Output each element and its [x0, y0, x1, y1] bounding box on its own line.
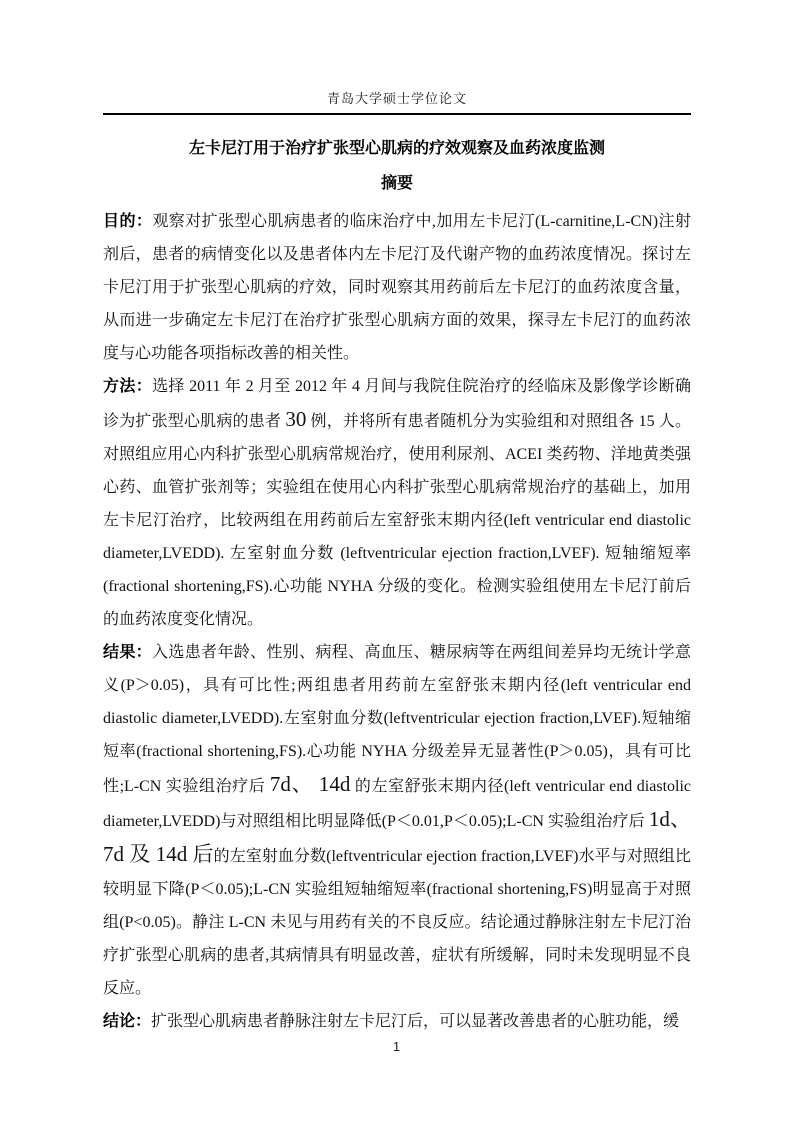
- text-run: 入选患者年龄、性别、病程、高血压、糖尿病等在两组间差异均无统计学意义(P＞0.0…: [103, 644, 691, 795]
- paragraph-label: 目的：: [103, 213, 152, 230]
- abstract-paragraph: 方法：选择 2011 年 2 月至 2012 年 4 月间与我院住院治疗的经临床…: [103, 370, 691, 636]
- text-run: 7d、 14d: [270, 772, 350, 796]
- page-header: 青岛大学硕士学位论文: [103, 0, 691, 115]
- abstract-heading: 摘要: [103, 173, 691, 195]
- abstract-paragraph: 结果：入选患者年龄、性别、病程、高血压、糖尿病等在两组间差异均无统计学意义(P＞…: [103, 636, 691, 1005]
- thesis-title: 左卡尼汀用于治疗扩张型心肌病的疗效观察及血药浓度监测: [103, 138, 691, 160]
- header-title: 青岛大学硕士学位论文: [327, 91, 467, 106]
- page-number: 1: [0, 1039, 793, 1054]
- abstract-paragraph: 结论：扩张型心肌病患者静脉注射左卡尼汀后，可以显著改善患者的心脏功能，缓: [103, 1005, 691, 1038]
- abstract-paragraph: 目的：观察对扩张型心肌病患者的临床治疗中,加用左卡尼汀(L-carnitine,…: [103, 205, 691, 370]
- text-run: 观察对扩张型心肌病患者的临床治疗中,加用左卡尼汀(L-carnitine,L-C…: [103, 213, 691, 362]
- abstract-body: 目的：观察对扩张型心肌病患者的临床治疗中,加用左卡尼汀(L-carnitine,…: [103, 205, 691, 1038]
- paragraph-label: 方法：: [103, 378, 152, 395]
- text-run: 例，并将所有患者随机分为实验组和对照组各 15 人。对照组应用心内科扩张型心肌病…: [103, 413, 691, 628]
- paragraph-label: 结论：: [103, 1013, 151, 1030]
- text-run: 的左室射血分数(leftventricular ejection fractio…: [103, 848, 691, 997]
- thesis-page: 青岛大学硕士学位论文 左卡尼汀用于治疗扩张型心肌病的疗效观察及血药浓度监测 摘要…: [0, 0, 793, 1122]
- text-run: 扩张型心肌病患者静脉注射左卡尼汀后，可以显著改善患者的心脏功能，缓: [151, 1013, 679, 1030]
- text-run: 30: [285, 407, 306, 431]
- page-content: 青岛大学硕士学位论文 左卡尼汀用于治疗扩张型心肌病的疗效观察及血药浓度监测 摘要…: [103, 0, 691, 1038]
- paragraph-label: 结果：: [103, 644, 152, 661]
